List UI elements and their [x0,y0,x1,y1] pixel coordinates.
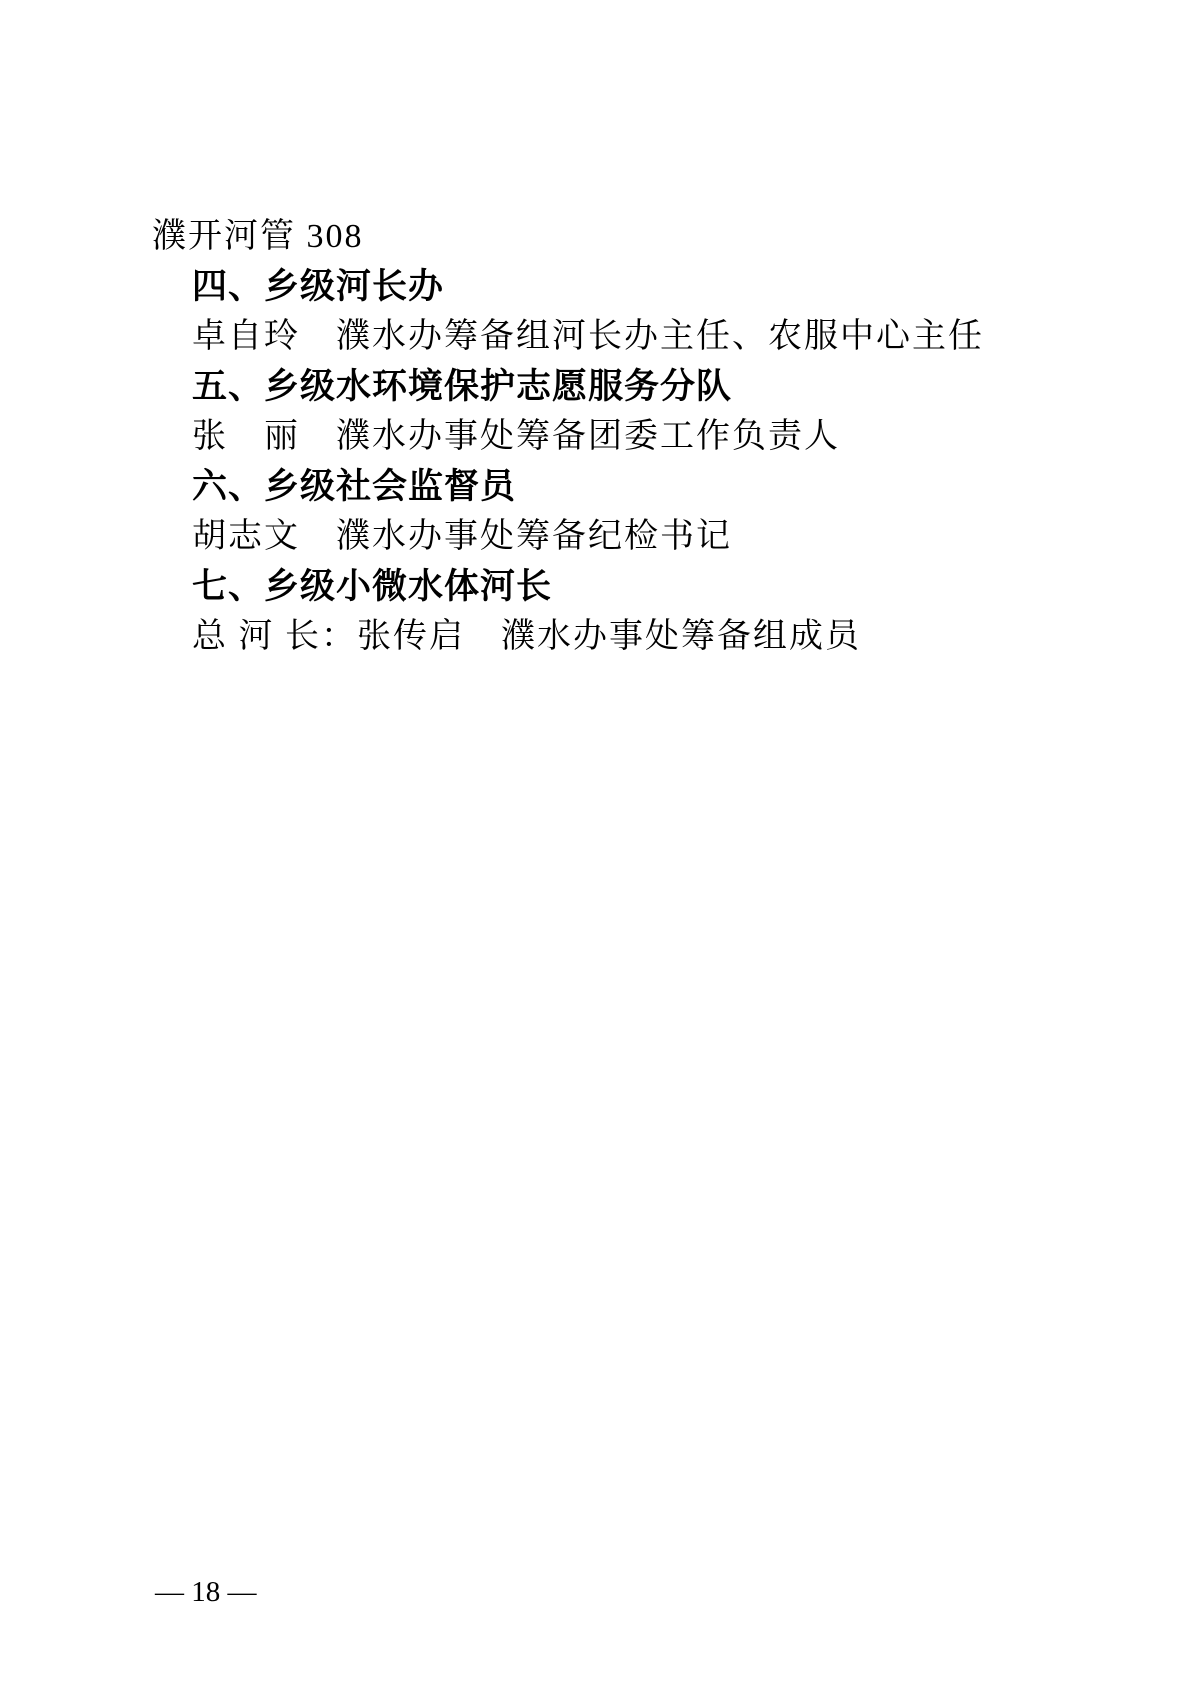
doc-ref-line: 濮开河管 308 [0,212,1200,262]
section-heading-7: 七、乡级小微水体河长 [0,562,1200,612]
section-entry-5: 张 丽 濮水办事处筹备团委工作负责人 [0,412,1200,462]
section-heading-5: 五、乡级水环境保护志愿服务分队 [0,362,1200,412]
section-entry-4: 卓自玲 濮水办筹备组河长办主任、农服中心主任 [0,312,1200,362]
page-number: — 18 — [155,1568,257,1616]
section-heading-4: 四、乡级河长办 [0,262,1200,312]
document-body: 濮开河管 308 四、乡级河长办 卓自玲 濮水办筹备组河长办主任、农服中心主任 … [0,212,1200,662]
section-entry-7: 总 河 长：张传启 濮水办事处筹备组成员 [0,612,1200,662]
document-page: 濮开河管 308 四、乡级河长办 卓自玲 濮水办筹备组河长办主任、农服中心主任 … [0,0,1200,1697]
section-entry-6: 胡志文 濮水办事处筹备纪检书记 [0,512,1200,562]
section-heading-6: 六、乡级社会监督员 [0,462,1200,512]
